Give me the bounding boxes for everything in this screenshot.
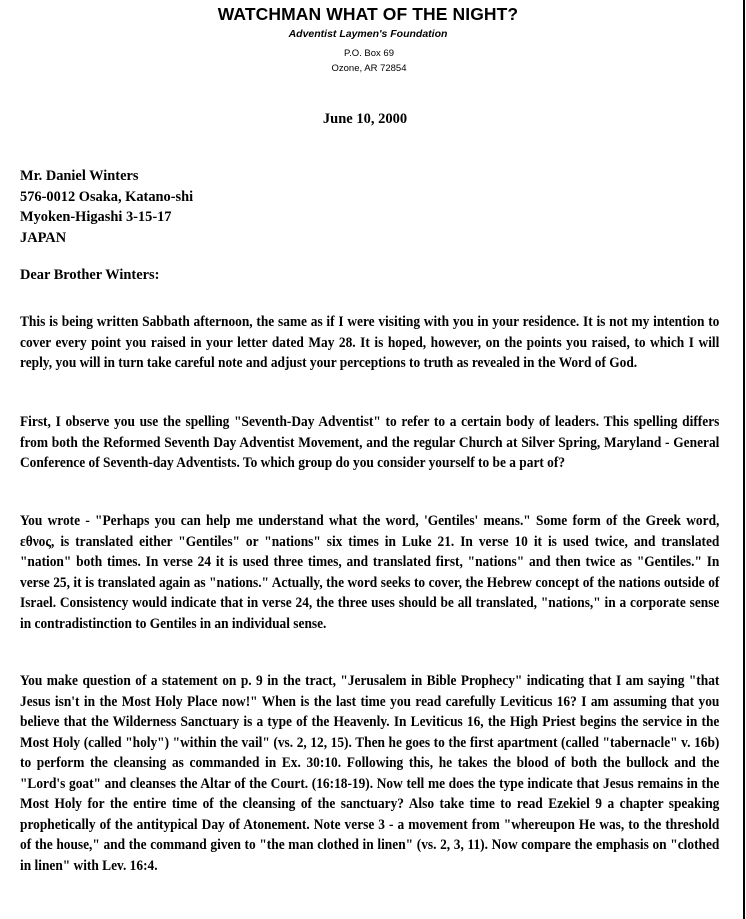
recipient-country: JAPAN bbox=[20, 228, 720, 249]
letterhead-address-line-2: Ozone, AR 72854 bbox=[0, 61, 746, 76]
salutation: Dear Brother Winters: bbox=[20, 265, 720, 286]
letterhead-address-line-1: P.O. Box 69 bbox=[0, 46, 746, 61]
page-edge-rule bbox=[743, 0, 745, 919]
paragraph-residence-visit: This is being written Sabbath afternoon,… bbox=[20, 312, 719, 374]
recipient-address-line-1: 576-0012 Osaka, Katano-shi bbox=[20, 187, 720, 208]
recipient-name: Mr. Daniel Winters bbox=[20, 166, 720, 187]
letter-date: June 10, 2000 bbox=[0, 111, 738, 128]
paragraph-gentiles: You wrote - "Perhaps you can help me und… bbox=[20, 511, 719, 634]
paragraph-most-holy-place: You make question of a statement on p. 9… bbox=[20, 671, 719, 876]
letterhead-organization: Adventist Laymen's Foundation bbox=[0, 27, 746, 41]
recipient-address-line-2: Myoken-Higashi 3-15-17 bbox=[20, 207, 720, 228]
paragraph-spelling: First, I observe you use the spelling "S… bbox=[20, 412, 719, 474]
recipient-address: Mr. Daniel Winters 576-0012 Osaka, Katan… bbox=[20, 166, 720, 248]
letterhead: WATCHMAN WHAT OF THE NIGHT? Adventist La… bbox=[0, 4, 746, 76]
letterhead-title: WATCHMAN WHAT OF THE NIGHT? bbox=[0, 4, 746, 24]
